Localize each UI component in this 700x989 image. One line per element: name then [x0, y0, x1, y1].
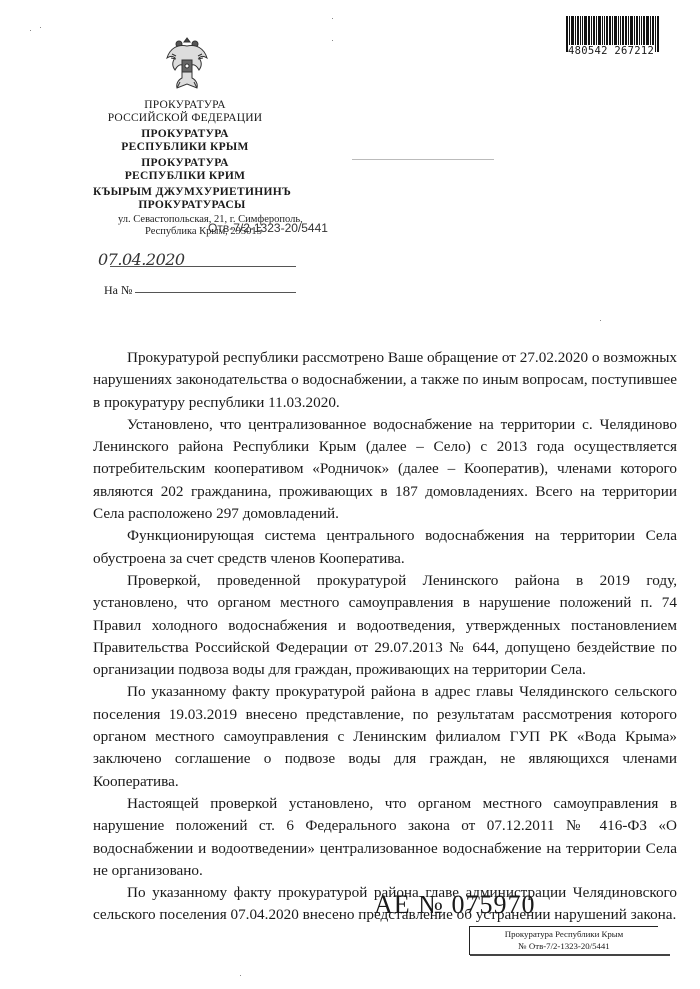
- scan-speck: [332, 40, 333, 41]
- russian-coat-of-arms-icon: [164, 34, 210, 94]
- barcode-number: 480542 267212: [568, 45, 654, 57]
- outgoing-number: Отв-7/2-1323-20/5441: [208, 221, 328, 235]
- reference-label: На №: [104, 283, 132, 298]
- scan-speck: [332, 18, 333, 19]
- stamp-line-1: Прокуратура Республики Крым: [470, 928, 658, 940]
- scan-speck: [240, 975, 241, 976]
- scan-speck: [40, 27, 41, 28]
- scan-speck: [600, 320, 601, 321]
- paragraph: Установлено, что централизованное водосн…: [93, 414, 677, 525]
- reference-underline: [135, 292, 296, 293]
- scan-speck: [30, 30, 31, 31]
- org-name-crimea-ru: ПРОКУРАТУРА РЕСПУБЛИКИ КРЫМ: [90, 128, 280, 154]
- paragraph: По указанному факту прокуратурой района …: [93, 681, 677, 792]
- paragraph: Функционирующая система центрального вод…: [93, 525, 677, 570]
- date-underline: [110, 266, 296, 267]
- org-name-crimea-tat: КЪЫРЫМ ДЖУМХУРИЕТИНИНЪ ПРОКУРАТУРАСЫ: [92, 186, 292, 212]
- org-name-crimea-ua: ПРОКУРАТУРА РЕСПУБЛIКИ КРИМ: [90, 157, 280, 183]
- paragraph: Настоящей проверкой установлено, что орг…: [93, 793, 677, 882]
- letter-body: Прокуратурой республики рассмотрено Ваше…: [93, 347, 677, 927]
- paragraph: Проверкой, проведенной прокуратурой Лени…: [93, 570, 677, 681]
- form-serial-number: АЕ № 075970: [374, 890, 535, 920]
- paragraph: Прокуратурой республики рассмотрено Ваше…: [93, 347, 677, 414]
- stamp-line-2: № Отв-7/2-1323-20/5441: [470, 940, 658, 952]
- registration-stamp: Прокуратура Республики Крым № Отв-7/2-13…: [469, 926, 658, 955]
- addressee-line: [352, 159, 494, 160]
- org-name-rf: ПРОКУРАТУРА РОССИЙСКОЙ ФЕДЕРАЦИИ: [90, 99, 280, 125]
